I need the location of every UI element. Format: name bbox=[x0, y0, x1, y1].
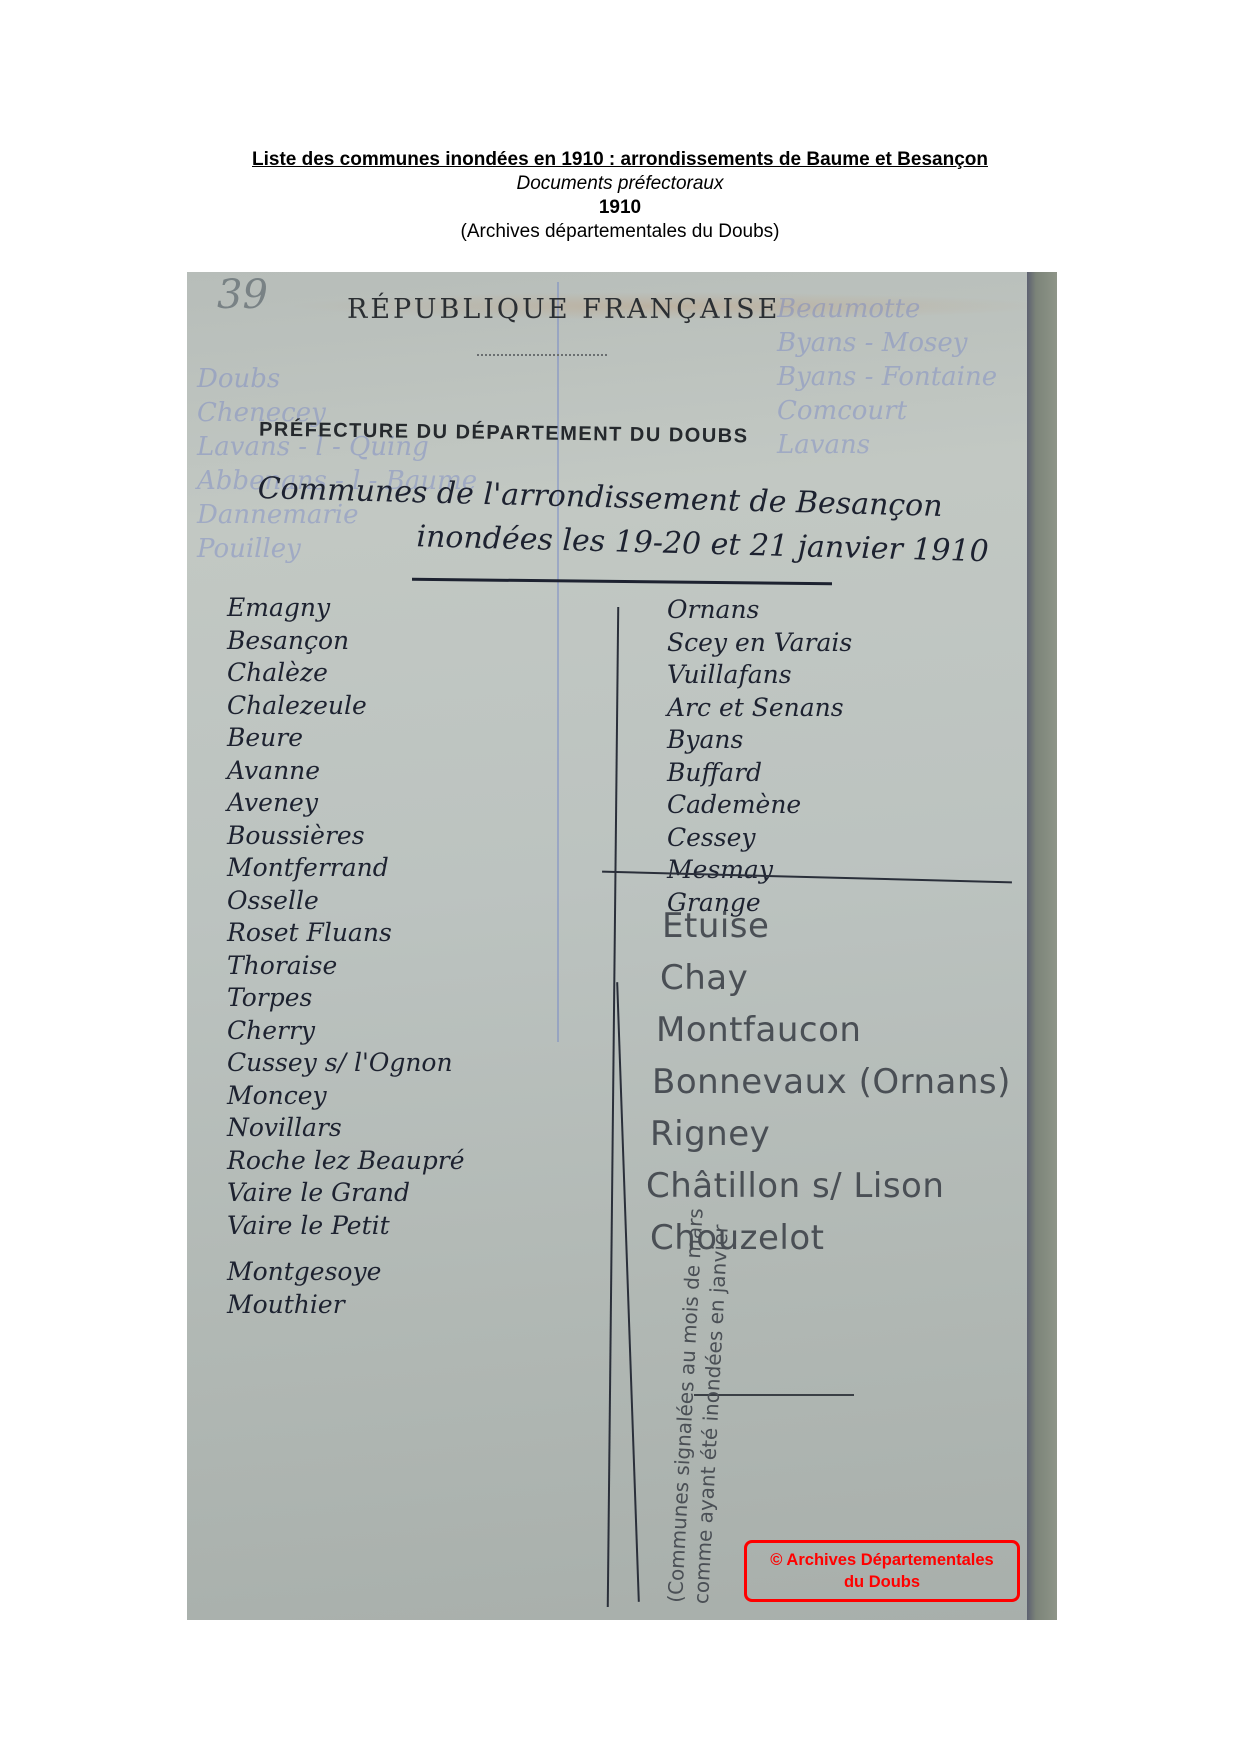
commune-item: Emagny bbox=[227, 592, 607, 625]
commune-item: Rigney bbox=[642, 1108, 1022, 1160]
right-commune-list: Ornans Scey en Varais Vuillafans Arc et … bbox=[667, 594, 1027, 919]
commune-item: Thoraise bbox=[227, 950, 607, 983]
commune-item: Cademène bbox=[667, 789, 1027, 822]
column-divider bbox=[607, 607, 619, 1607]
letterhead-divider bbox=[477, 352, 607, 356]
commune-item: Byans bbox=[667, 724, 1027, 757]
commune-item: Roche lez Beaupré bbox=[227, 1145, 607, 1178]
bleed-through-text-right: Beaumotte Byans - Mosey Byans - Fontaine… bbox=[777, 292, 997, 462]
commune-item: Beure bbox=[227, 722, 607, 755]
commune-item: Osselle bbox=[227, 885, 607, 918]
commune-item: Avanne bbox=[227, 755, 607, 788]
commune-item: Vaire le Petit bbox=[227, 1210, 607, 1243]
page-source: (Archives départementales du Doubs) bbox=[0, 220, 1240, 244]
heading-underline bbox=[412, 578, 832, 585]
commune-item: Montfaucon bbox=[642, 1004, 1022, 1056]
commune-item: Buffard bbox=[667, 757, 1027, 790]
commune-item: Cussey s/ l'Ognon bbox=[227, 1047, 607, 1080]
commune-item: Ornans bbox=[667, 594, 1027, 627]
commune-item: Boussières bbox=[227, 820, 607, 853]
commune-item: Chalèze bbox=[227, 657, 607, 690]
commune-item: Besançon bbox=[227, 625, 607, 658]
vertical-annotation: (Communes signalées au mois de mars comm… bbox=[662, 1208, 735, 1605]
page-year: 1910 bbox=[0, 196, 1240, 220]
copyright-stamp: © Archives Départementales du Doubs bbox=[744, 1540, 1020, 1602]
page-title: Liste des communes inondées en 1910 : ar… bbox=[0, 148, 1240, 172]
photo-edge-strip bbox=[1027, 272, 1057, 1620]
commune-item: Châtillon s/ Lison bbox=[642, 1160, 1022, 1212]
letterhead-republique: RÉPUBLIQUE FRANÇAISE bbox=[347, 294, 780, 325]
page-header: Liste des communes inondées en 1910 : ar… bbox=[0, 148, 1240, 244]
commune-item: Arc et Senans bbox=[667, 692, 1027, 725]
commune-item: Novillars bbox=[227, 1112, 607, 1145]
commune-item: Montgesoye bbox=[227, 1256, 607, 1289]
commune-item: Etuise bbox=[642, 900, 1022, 952]
document-photo: Doubs Chenecey Lavans - l - Quing Abbena… bbox=[187, 272, 1057, 1620]
commune-item: Cherry bbox=[227, 1015, 607, 1048]
commune-item: Torpes bbox=[227, 982, 607, 1015]
commune-item: Vuillafans bbox=[667, 659, 1027, 692]
copyright-stamp-line1: © Archives Départementales bbox=[747, 1549, 1017, 1571]
folio-mark: 39 bbox=[217, 272, 268, 318]
commune-item: Scey en Varais bbox=[667, 627, 1027, 660]
vertical-note-rule bbox=[616, 982, 640, 1602]
commune-item: Cessey bbox=[667, 822, 1027, 855]
commune-item: Roset Fluans bbox=[227, 917, 607, 950]
commune-item: Moncey bbox=[227, 1080, 607, 1113]
commune-item: Vaire le Grand bbox=[227, 1177, 607, 1210]
left-commune-list: Emagny Besançon Chalèze Chalezeule Beure… bbox=[227, 592, 607, 1321]
page-subtitle: Documents préfectoraux bbox=[0, 172, 1240, 196]
commune-item: Chay bbox=[642, 952, 1022, 1004]
commune-item: Mouthier bbox=[227, 1289, 607, 1322]
copyright-stamp-line2: du Doubs bbox=[747, 1571, 1017, 1593]
commune-item: Aveney bbox=[227, 787, 607, 820]
commune-item: Chalezeule bbox=[227, 690, 607, 723]
commune-item: Bonnevaux (Ornans) bbox=[642, 1056, 1022, 1108]
commune-item: Montferrand bbox=[227, 852, 607, 885]
